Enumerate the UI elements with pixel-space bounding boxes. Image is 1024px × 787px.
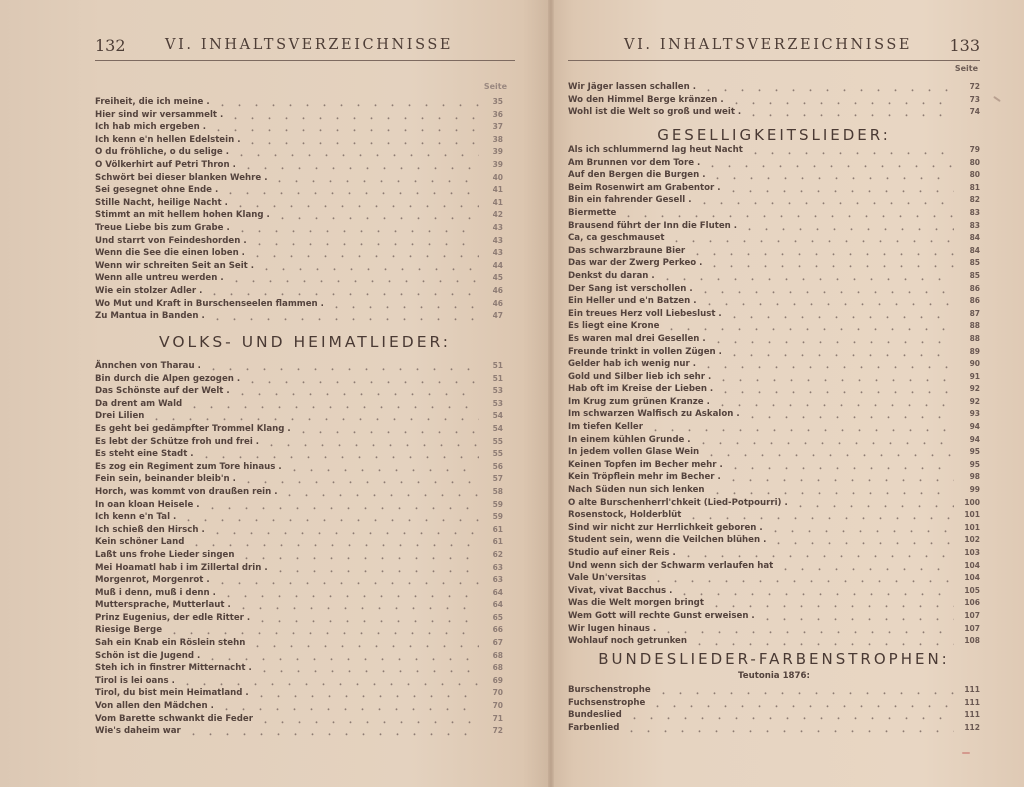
- toc-entry: Hier sind wir versammelt .36: [95, 109, 515, 122]
- toc-entry-page: 111: [964, 684, 980, 697]
- toc-entry: Im Krug zum grünen Kranze .92: [568, 396, 980, 409]
- dot-leader: [770, 534, 954, 547]
- toc-entry: Wo den Himmel Berge kränzen .73: [568, 94, 980, 107]
- toc-entry: Steh ich in finstrer Mitternacht .68: [95, 662, 515, 675]
- toc-entry: Wenn die See die einen loben .43: [95, 247, 515, 260]
- toc-entry-page: 43: [493, 235, 503, 248]
- toc-entry-page: 70: [493, 687, 503, 700]
- toc-entry: Wie ein stolzer Adler .46: [95, 285, 515, 298]
- toc-entry: Schön ist die Jugend .68: [95, 650, 515, 663]
- toc-entry-page: 35: [493, 96, 503, 109]
- toc-entry: Sah ein Knab ein Röslein stehn67: [95, 637, 515, 650]
- toc-entry-title: Beim Rosenwirt am Grabentor .: [568, 183, 721, 193]
- dot-leader: [286, 461, 479, 474]
- dot-leader: [725, 471, 954, 484]
- toc-entry-page: 108: [964, 635, 980, 648]
- toc-entry-page: 46: [493, 285, 503, 298]
- toc-entry-title: Als ich schlummernd lag heut Nacht: [568, 145, 743, 155]
- toc-entry-page: 43: [493, 247, 503, 260]
- toc-entry-title: Ich schieß den Hirsch .: [95, 525, 205, 535]
- toc-entry-page: 79: [970, 144, 980, 157]
- toc-entry-title: In oan kloan Heisele .: [95, 500, 200, 510]
- toc-entry-page: 102: [964, 534, 980, 547]
- toc-entry-page: 92: [970, 383, 980, 396]
- toc-entry: Als ich schlummernd lag heut Nacht79: [568, 144, 980, 157]
- dot-leader: [703, 446, 954, 459]
- seite-label: Seite: [484, 82, 507, 91]
- toc-entry-title: Ein Heller und e'n Batzen .: [568, 296, 697, 306]
- toc-entry: Von allen den Mädchen .70: [95, 700, 515, 713]
- right-page: VI. INHALTSVERZEICHNISSE 133 Seite Wir J…: [568, 0, 980, 787]
- toc-entry: Wo Mut und Kraft in Burschenseelen flamm…: [95, 298, 515, 311]
- toc-entry-page: 54: [493, 423, 503, 436]
- toc-entry-page: 112: [964, 722, 980, 735]
- dot-leader: [745, 106, 954, 119]
- dot-leader: [728, 94, 954, 107]
- toc-list-bundeslieder: Burschenstrophe111Fuchsenstrophe111Bunde…: [568, 684, 980, 734]
- toc-entry-title: Im schwarzen Walfisch zu Askalon .: [568, 409, 740, 419]
- toc-entry: Beim Rosenwirt am Grabentor .81: [568, 182, 980, 195]
- toc-entry: Was die Welt morgen bringt106: [568, 597, 980, 610]
- toc-entry: Hab oft im Kreise der Lieben .92: [568, 383, 980, 396]
- dot-leader: [647, 421, 954, 434]
- toc-entry: Schwört bei dieser blanken Wehre .40: [95, 172, 515, 185]
- toc-entry: Morgenrot, Morgenrot .63: [95, 574, 515, 587]
- toc-entry-page: 59: [493, 511, 503, 524]
- toc-entry: Bundeslied111: [568, 709, 980, 722]
- toc-entry-page: 51: [493, 360, 503, 373]
- dot-leader: [649, 697, 954, 710]
- toc-entry-title: Stille Nacht, heilige Nacht .: [95, 198, 228, 208]
- toc-entry: Das schwarzbraune Bier84: [568, 245, 980, 258]
- dot-leader: [249, 637, 479, 650]
- section-heading-bundeslieder: BUNDESLIEDER-FARBENSTROPHEN:: [568, 650, 980, 668]
- toc-entry-title: Wenn die See die einen loben .: [95, 248, 245, 258]
- dot-leader: [234, 385, 479, 398]
- dot-leader: [792, 497, 954, 510]
- toc-entry: Vale Un'versitas104: [568, 572, 980, 585]
- toc-entry-title: Wie's daheim war: [95, 726, 181, 736]
- toc-entry-title: Steh ich in finstrer Mitternacht .: [95, 663, 252, 673]
- toc-entry-title: Studio auf einer Reis .: [568, 548, 676, 558]
- section-heading-volks: VOLKS- UND HEIMATLIEDER:: [95, 333, 515, 351]
- toc-entry-title: Wir Jäger lassen schallen .: [568, 82, 696, 92]
- dot-leader: [274, 209, 479, 222]
- toc-entry-page: 86: [970, 295, 980, 308]
- toc-entry: Es lebt der Schütze froh und frei .55: [95, 436, 515, 449]
- toc-entry-page: 55: [493, 448, 503, 461]
- toc-entry: Treue Liebe bis zum Grabe .43: [95, 222, 515, 235]
- toc-entry: Biermette83: [568, 207, 980, 220]
- toc-entry-page: 88: [970, 333, 980, 346]
- dot-leader: [295, 423, 479, 436]
- toc-entry-page: 69: [493, 675, 503, 688]
- dot-leader: [714, 396, 954, 409]
- toc-entry-title: Ännchen von Tharau .: [95, 361, 201, 371]
- toc-entry-page: 64: [493, 587, 503, 600]
- dot-leader: [209, 310, 479, 323]
- toc-entry-title: Tirol is lei oans .: [95, 676, 175, 686]
- toc-entry-page: 56: [493, 461, 503, 474]
- toc-entry-title: Hab oft im Kreise der Lieben .: [568, 384, 713, 394]
- toc-entry-title: Stimmt an mit hellem hohen Klang .: [95, 210, 270, 220]
- toc-entry-page: 53: [493, 398, 503, 411]
- toc-entry: Am Brunnen vor dem Tore .80: [568, 157, 980, 170]
- dot-leader: [210, 121, 479, 134]
- dot-leader: [214, 574, 479, 587]
- dot-leader: [185, 725, 479, 738]
- toc-entry: Drei Lilien54: [95, 410, 515, 423]
- dot-leader: [709, 169, 954, 182]
- toc-entry-title: Da drent am Wald: [95, 399, 182, 409]
- toc-entry-title: Sah ein Knab ein Röslein stehn: [95, 638, 245, 648]
- toc-entry: Stille Nacht, heilige Nacht .41: [95, 197, 515, 210]
- toc-entry-title: Der Sang ist verschollen .: [568, 284, 693, 294]
- dot-leader: [696, 194, 954, 207]
- toc-entry: Ich kenn e'n Tal .59: [95, 511, 515, 524]
- toc-entry-page: 87: [970, 308, 980, 321]
- toc-entry-page: 42: [493, 209, 503, 222]
- toc-entry-page: 54: [493, 410, 503, 423]
- toc-entry-page: 111: [964, 697, 980, 710]
- toc-entry-title: Kein schöner Land: [95, 537, 184, 547]
- toc-entry-title: Und wenn sich der Schwarm verlaufen hat: [568, 561, 773, 571]
- toc-entry: In jedem vollen Glase Wein95: [568, 446, 980, 459]
- toc-entry: Ännchen von Tharau .51: [95, 360, 515, 373]
- toc-entry-title: Rosenstock, Holderblüt: [568, 510, 681, 520]
- toc-entry-page: 86: [970, 283, 980, 296]
- toc-entry-title: Zu Mantua in Banden .: [95, 311, 205, 321]
- dot-leader: [206, 285, 479, 298]
- toc-entry-title: O alte Burschenherrl'chkeit (Lied-Potpou…: [568, 498, 788, 508]
- toc-entry: Laßt uns frohe Lieder singen62: [95, 549, 515, 562]
- toc-entry: Im tiefen Keller94: [568, 421, 980, 434]
- dot-leader: [328, 298, 479, 311]
- toc-entry: Gold und Silber lieb ich sehr .91: [568, 371, 980, 384]
- dot-leader: [253, 687, 479, 700]
- toc-entry: Wem Gott will rechte Gunst erweisen .107: [568, 610, 980, 623]
- toc-entry-title: Mei Hoamatl hab i im Zillertal drin .: [95, 563, 268, 573]
- dot-leader: [620, 207, 954, 220]
- toc-entry: Gelder hab ich wenig nur .90: [568, 358, 980, 371]
- running-head-left: 132 VI. INHALTSVERZEICHNISSE: [95, 36, 515, 61]
- toc-list-volks: Ännchen von Tharau .51Bin durch die Alpe…: [95, 360, 515, 738]
- toc-entry-title: Nach Süden nun sich lenken: [568, 485, 705, 495]
- toc-entry-title: Auf den Bergen die Burgen .: [568, 170, 705, 180]
- dot-leader: [659, 270, 954, 283]
- toc-entry: Sei gesegnet ohne Ende .41: [95, 184, 515, 197]
- toc-entry: Vivat, vivat Bacchus .105: [568, 585, 980, 598]
- toc-entry: Ich kenn e'n hellen Edelstein .38: [95, 134, 515, 147]
- toc-entry-page: 107: [964, 623, 980, 636]
- toc-entry-page: 63: [493, 562, 503, 575]
- dot-leader: [166, 624, 479, 637]
- toc-entry-title: Burschenstrophe: [568, 685, 651, 695]
- toc-entry: Wohl ist die Welt so groß und weit .74: [568, 106, 980, 119]
- toc-entry-title: Ich kenn e'n hellen Edelstein .: [95, 135, 240, 145]
- toc-entry-title: Fuchsenstrophe: [568, 698, 645, 708]
- dot-leader: [249, 247, 479, 260]
- dot-leader: [680, 547, 954, 560]
- toc-entry: Der Sang ist verschollen .86: [568, 283, 980, 296]
- dot-leader: [626, 709, 954, 722]
- toc-entry-page: 61: [493, 536, 503, 549]
- dot-leader: [254, 612, 479, 625]
- dot-leader: [717, 383, 954, 396]
- toc-entry-page: 57: [493, 473, 503, 486]
- running-title: VI. INHALTSVERZEICHNISSE: [624, 37, 912, 53]
- dot-leader: [233, 146, 479, 159]
- toc-entry-title: Brausend führt der Inn die Fluten .: [568, 221, 737, 231]
- dot-leader: [209, 524, 479, 537]
- toc-entry-page: 101: [964, 509, 980, 522]
- toc-entry-title: Treue Liebe bis zum Grabe .: [95, 223, 230, 233]
- toc-entry-page: 95: [970, 446, 980, 459]
- dot-leader: [725, 182, 954, 195]
- toc-entry-page: 41: [493, 197, 503, 210]
- dot-leader: [747, 144, 954, 157]
- dot-leader: [727, 459, 954, 472]
- toc-entry: Stimmt an mit hellem hohen Klang .42: [95, 209, 515, 222]
- toc-entry-page: 63: [493, 574, 503, 587]
- toc-entry-page: 58: [493, 486, 503, 499]
- toc-entry-page: 45: [493, 272, 503, 285]
- toc-entry-page: 85: [970, 270, 980, 283]
- toc-entry: Wohlauf noch getrunken108: [568, 635, 980, 648]
- dot-leader: [708, 597, 954, 610]
- toc-entry-page: 105: [964, 585, 980, 598]
- toc-entry-page: 81: [970, 182, 980, 195]
- toc-entry-title: Student sein, wenn die Veilchen blühen .: [568, 535, 766, 545]
- toc-entry-page: 71: [493, 713, 503, 726]
- toc-entry: Im schwarzen Walfisch zu Askalon .93: [568, 408, 980, 421]
- toc-entry-title: Kein Tröpflein mehr im Becher .: [568, 472, 721, 482]
- toc-entry-title: Es steht eine Stadt .: [95, 449, 194, 459]
- dot-leader: [204, 650, 479, 663]
- dot-leader: [218, 700, 479, 713]
- toc-entry-title: Das schwarzbraune Bier: [568, 246, 685, 256]
- toc-entry-page: 83: [970, 207, 980, 220]
- toc-entry-page: 91: [970, 371, 980, 384]
- book-gutter: [548, 0, 554, 787]
- toc-entry-title: Ich kenn e'n Tal .: [95, 512, 176, 522]
- dot-leader: [220, 587, 479, 600]
- dot-leader: [697, 283, 954, 296]
- toc-entry-page: 43: [493, 222, 503, 235]
- toc-entry-page: 55: [493, 436, 503, 449]
- toc-entry-page: 103: [964, 547, 980, 560]
- toc-entry-page: 39: [493, 146, 503, 159]
- dot-leader: [257, 713, 479, 726]
- running-head-right: VI. INHALTSVERZEICHNISSE 133: [568, 36, 980, 61]
- toc-entry-title: Muß i denn, muß i denn .: [95, 588, 216, 598]
- toc-entry: Wenn wir schreiten Seit an Seit .44: [95, 260, 515, 273]
- dot-leader: [228, 272, 479, 285]
- dot-leader: [623, 722, 954, 735]
- dot-leader: [660, 623, 954, 636]
- toc-entry-title: Es lebt der Schütze froh und frei .: [95, 437, 259, 447]
- toc-entry-page: 82: [970, 194, 980, 207]
- toc-entry: Muttersprache, Mutterlaut .64: [95, 599, 515, 612]
- toc-entry: Ein treues Herz voll Liebeslust .87: [568, 308, 980, 321]
- toc-entry-title: Im Krug zum grünen Kranze .: [568, 397, 710, 407]
- dot-leader: [691, 635, 954, 648]
- toc-entry-title: O Völkerhirt auf Petri Thron .: [95, 160, 236, 170]
- toc-entry-page: 51: [493, 373, 503, 386]
- toc-entry: Tirol is lei oans .69: [95, 675, 515, 688]
- toc-entry: Fein sein, beinander bleib'n .57: [95, 473, 515, 486]
- toc-entry-title: Es zog ein Regiment zum Tore hinaus .: [95, 462, 282, 472]
- toc-entry: Ich hab mich ergeben .37: [95, 121, 515, 134]
- book-spread: 132 VI. INHALTSVERZEICHNISSE Seite Freih…: [0, 0, 1024, 787]
- toc-entry-page: 53: [493, 385, 503, 398]
- toc-entry-title: In jedem vollen Glase Wein: [568, 447, 699, 457]
- toc-entry-page: 59: [493, 499, 503, 512]
- toc-entry-title: Fein sein, beinander bleib'n .: [95, 474, 236, 484]
- dot-leader: [650, 572, 954, 585]
- toc-entry-title: Riesige Berge: [95, 625, 162, 635]
- toc-entry: Freiheit, die ich meine .35: [95, 96, 515, 109]
- left-page: 132 VI. INHALTSVERZEICHNISSE Seite Freih…: [95, 0, 515, 787]
- dot-leader: [700, 358, 954, 371]
- toc-entry-page: 67: [493, 637, 503, 650]
- dot-leader: [668, 232, 954, 245]
- toc-entry-title: Am Brunnen vor dem Tore .: [568, 158, 700, 168]
- toc-entry: Farbenlied112: [568, 722, 980, 735]
- toc-entry-title: Denkst du daran .: [568, 271, 655, 281]
- toc-entry-page: 65: [493, 612, 503, 625]
- toc-entry-page: 84: [970, 232, 980, 245]
- subheading-teutonia: Teutonia 1876:: [568, 671, 980, 681]
- toc-entry-title: Im tiefen Keller: [568, 422, 643, 432]
- toc-entry-page: 88: [970, 320, 980, 333]
- toc-entry-page: 106: [964, 597, 980, 610]
- toc-entry-page: 64: [493, 599, 503, 612]
- toc-entry: Riesige Berge66: [95, 624, 515, 637]
- toc-entry: Muß i denn, muß i denn .64: [95, 587, 515, 600]
- dot-leader: [767, 522, 954, 535]
- toc-entry-page: 83: [970, 220, 980, 233]
- toc-entry: O du fröhliche, o du selige .39: [95, 146, 515, 159]
- toc-entry-title: Freiheit, die ich meine .: [95, 97, 210, 107]
- toc-entry-title: Bin ein fahrender Gesell .: [568, 195, 692, 205]
- toc-entry-page: 92: [970, 396, 980, 409]
- toc-entry-title: Hier sind wir versammelt .: [95, 110, 223, 120]
- toc-entry: Keinen Topfen im Becher mehr .95: [568, 459, 980, 472]
- toc-entry-page: 99: [970, 484, 980, 497]
- toc-entry-title: Farbenlied: [568, 723, 619, 733]
- toc-entry-page: 40: [493, 172, 503, 185]
- toc-entry-title: Ein treues Herz voll Liebeslust .: [568, 309, 722, 319]
- toc-entry-title: Ich hab mich ergeben .: [95, 122, 206, 132]
- dot-leader: [186, 398, 479, 411]
- dot-leader: [205, 360, 479, 373]
- toc-entry-page: 41: [493, 184, 503, 197]
- toc-entry: Und starrt von Feindeshorden .43: [95, 235, 515, 248]
- toc-entry-title: Sind wir nicht zur Herrlichkeit geboren …: [568, 523, 763, 533]
- toc-entry-page: 46: [493, 298, 503, 311]
- toc-entry: In oan kloan Heisele .59: [95, 499, 515, 512]
- dot-leader: [676, 585, 954, 598]
- toc-entry: Fuchsenstrophe111: [568, 697, 980, 710]
- toc-entry: Burschenstrophe111: [568, 684, 980, 697]
- toc-entry-page: 84: [970, 245, 980, 258]
- toc-entry-page: 100: [964, 497, 980, 510]
- toc-entry-title: In einem kühlen Grunde .: [568, 435, 691, 445]
- toc-entry-page: 37: [493, 121, 503, 134]
- dot-leader: [240, 159, 479, 172]
- toc-entry: Bin ein fahrender Gesell .82: [568, 194, 980, 207]
- toc-entry-page: 61: [493, 524, 503, 537]
- dot-leader: [689, 245, 954, 258]
- toc-entry-page: 80: [970, 169, 980, 182]
- toc-entry: Es geht bei gedämpfter Trommel Klang .54: [95, 423, 515, 436]
- toc-entry-title: Wohl ist die Welt so groß und weit .: [568, 107, 741, 117]
- toc-entry-title: Es waren mal drei Gesellen .: [568, 334, 706, 344]
- dot-leader: [741, 220, 954, 233]
- dot-leader: [726, 346, 954, 359]
- toc-list-top-right: Wir Jäger lassen schallen .72Wo den Himm…: [568, 81, 980, 119]
- dot-leader: [238, 549, 479, 562]
- dot-leader: [227, 109, 479, 122]
- dot-leader: [655, 684, 954, 697]
- dot-leader: [715, 371, 954, 384]
- toc-entry: Wir Jäger lassen schallen .72: [568, 81, 980, 94]
- dot-leader: [244, 134, 479, 147]
- toc-entry: Das war der Zwerg Perkeo .85: [568, 257, 980, 270]
- toc-entry-title: Und starrt von Feindeshorden .: [95, 236, 247, 246]
- toc-entry-title: Bin durch die Alpen gezogen .: [95, 374, 240, 384]
- dot-leader: [244, 373, 479, 386]
- toc-entry-title: Schön ist die Jugend .: [95, 651, 200, 661]
- toc-entry: Bin durch die Alpen gezogen .51: [95, 373, 515, 386]
- toc-entry-page: 101: [964, 522, 980, 535]
- toc-entry-title: Das war der Zwerg Perkeo .: [568, 258, 702, 268]
- toc-entry: Zu Mantua in Banden .47: [95, 310, 515, 323]
- toc-entry-title: Vivat, vivat Bacchus .: [568, 586, 672, 596]
- toc-entry-page: 47: [493, 310, 503, 323]
- toc-entry-title: Ca, ca geschmauset: [568, 233, 664, 243]
- toc-entry: Ein Heller und e'n Batzen .86: [568, 295, 980, 308]
- toc-entry: O Völkerhirt auf Petri Thron .39: [95, 159, 515, 172]
- toc-entry: Nach Süden nun sich lenken99: [568, 484, 980, 497]
- toc-entry-page: 72: [970, 81, 980, 94]
- running-title: VI. INHALTSVERZEICHNISSE: [165, 37, 453, 53]
- toc-entry-page: 73: [970, 94, 980, 107]
- dot-leader: [685, 509, 954, 522]
- toc-entry-page: 90: [970, 358, 980, 371]
- toc-entry-title: Horch, was kommt von draußen rein .: [95, 487, 277, 497]
- toc-entry-title: Keinen Topfen im Becher mehr .: [568, 460, 723, 470]
- toc-entry-page: 104: [964, 572, 980, 585]
- toc-entry-title: Freunde trinkt in vollen Zügen .: [568, 347, 722, 357]
- toc-entry-title: O du fröhliche, o du selige .: [95, 147, 229, 157]
- toc-entry: Das Schönste auf der Welt .53: [95, 385, 515, 398]
- toc-entry: Denkst du daran .85: [568, 270, 980, 283]
- toc-entry-title: Wem Gott will rechte Gunst erweisen .: [568, 611, 755, 621]
- toc-entry-page: 111: [964, 709, 980, 722]
- toc-entry: Wenn alle untreu werden .45: [95, 272, 515, 285]
- toc-entry: In einem kühlen Grunde .94: [568, 434, 980, 447]
- dot-leader: [726, 308, 954, 321]
- dot-leader: [179, 675, 479, 688]
- toc-entry: Horch, was kommt von draußen rein .58: [95, 486, 515, 499]
- dot-leader: [232, 197, 479, 210]
- toc-entry-page: 72: [493, 725, 503, 738]
- toc-entry-title: Das Schönste auf der Welt .: [95, 386, 230, 396]
- toc-entry-title: Vom Barette schwankt die Feder: [95, 714, 253, 724]
- toc-list-top-left: Freiheit, die ich meine .35Hier sind wir…: [95, 96, 515, 323]
